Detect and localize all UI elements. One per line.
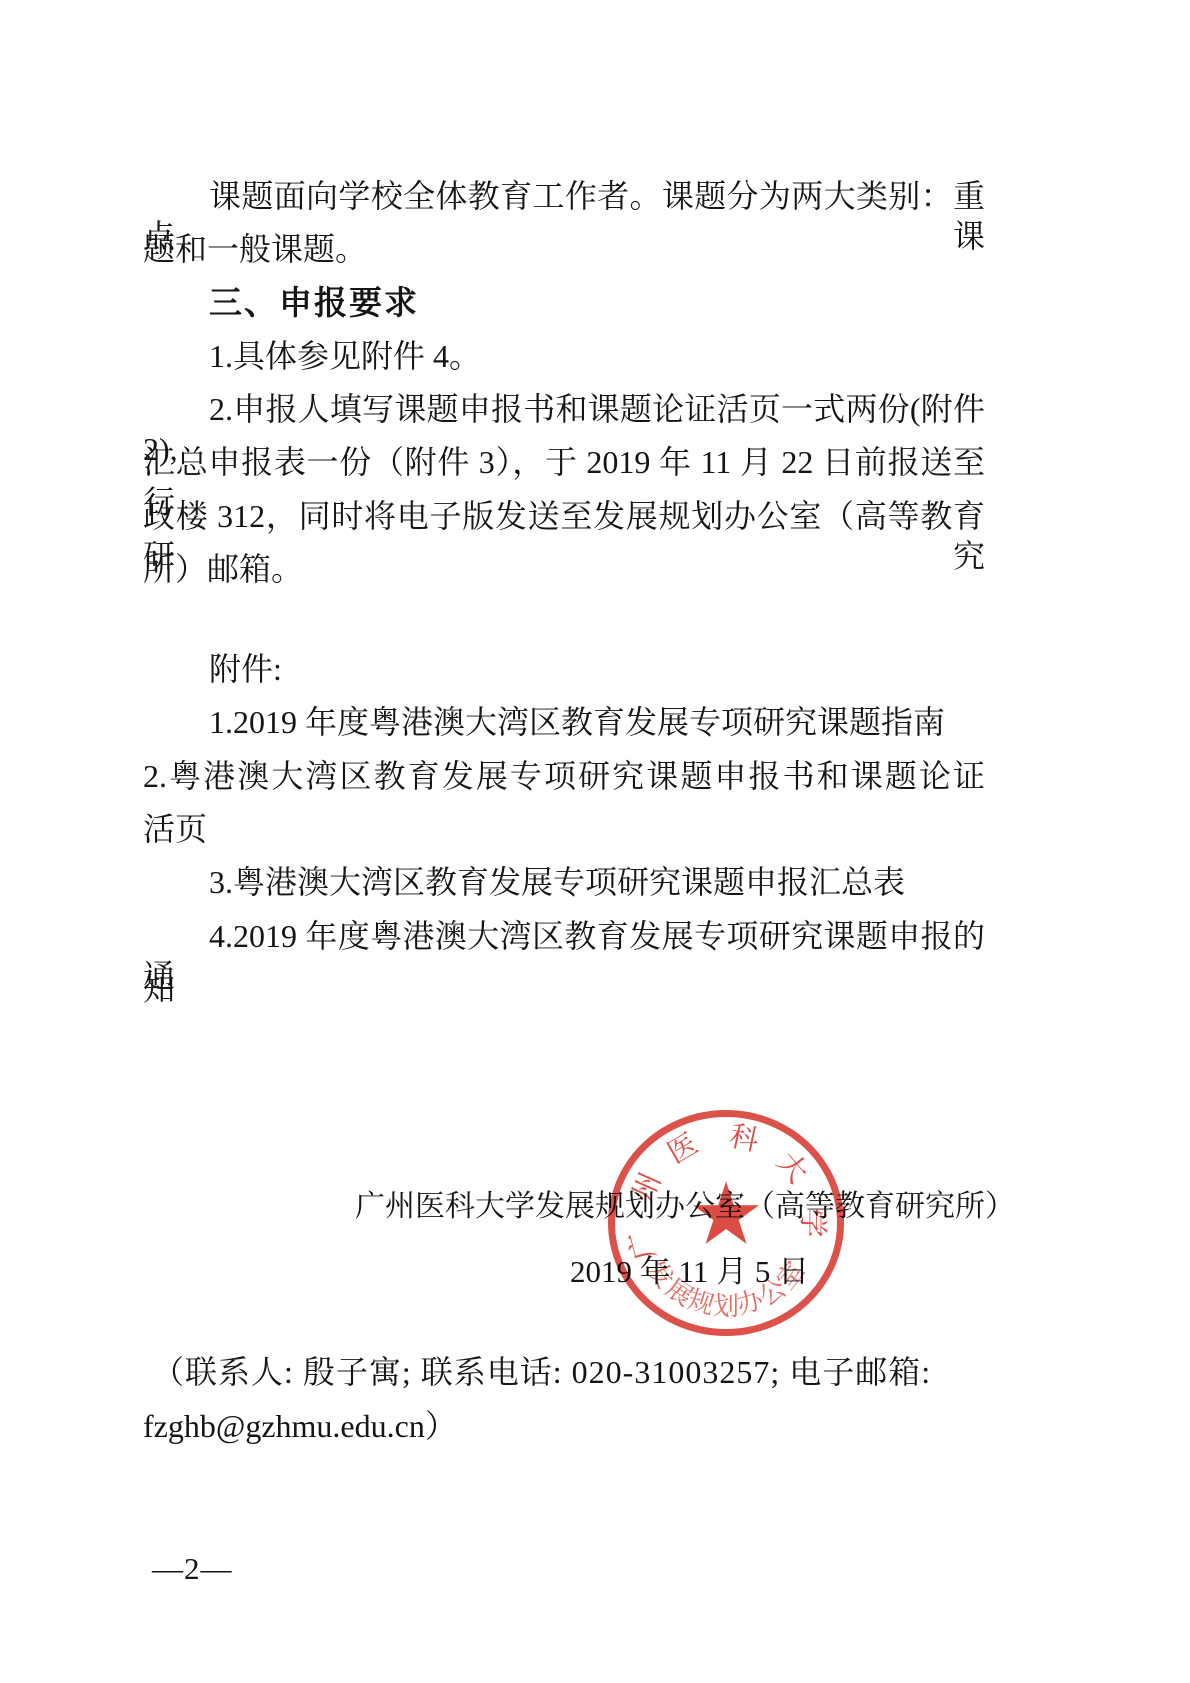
page-number: —2— xyxy=(152,1550,233,1589)
contact-line: （联系人: 殷子寓; 联系电话: 020-31003257; 电子邮箱: xyxy=(152,1352,931,1392)
seal-char: 大 xyxy=(771,1147,813,1189)
attachment-item-line: 2.粤港澳大湾区教育发展专项研究课题申报书和课题论证 xyxy=(143,756,985,796)
attachment-item: 1.2019 年度粤港澳大湾区教育发展专项研究课题指南 xyxy=(209,702,945,742)
document-page: 课题面向学校全体教育工作者。课题分为两大类别：重点课 题和一般课题。 三、申报要… xyxy=(0,0,1190,1683)
seal-char: 科 xyxy=(726,1121,762,1157)
attachment-item-line: 活页 xyxy=(143,809,207,849)
seal-char: 划 xyxy=(712,1293,740,1321)
signature-org: 广州医科大学发展规划办公室（高等教育研究所） xyxy=(355,1188,1015,1226)
attachment-item-line: 4.2019 年度粤港澳大湾区教育发展专项研究课题申报的通 xyxy=(143,916,985,996)
attachments-label: 附件: xyxy=(209,649,282,689)
contact-email-line: fzghb@gzhmu.edu.cn） xyxy=(143,1406,457,1446)
signature-date: 2019 年 11 月 5 日 xyxy=(570,1253,809,1292)
attachment-item: 3.粤港澳大湾区教育发展专项研究课题申报汇总表 xyxy=(209,862,905,902)
section-heading: 三、申报要求 xyxy=(209,282,419,323)
seal-char: 医 xyxy=(663,1129,704,1170)
list-item-line: 所）邮箱。 xyxy=(143,549,303,589)
paragraph-line: 题和一般课题。 xyxy=(143,229,367,269)
attachment-item-line: 知 xyxy=(143,969,175,1009)
list-item: 1.具体参见附件 4。 xyxy=(209,336,481,376)
